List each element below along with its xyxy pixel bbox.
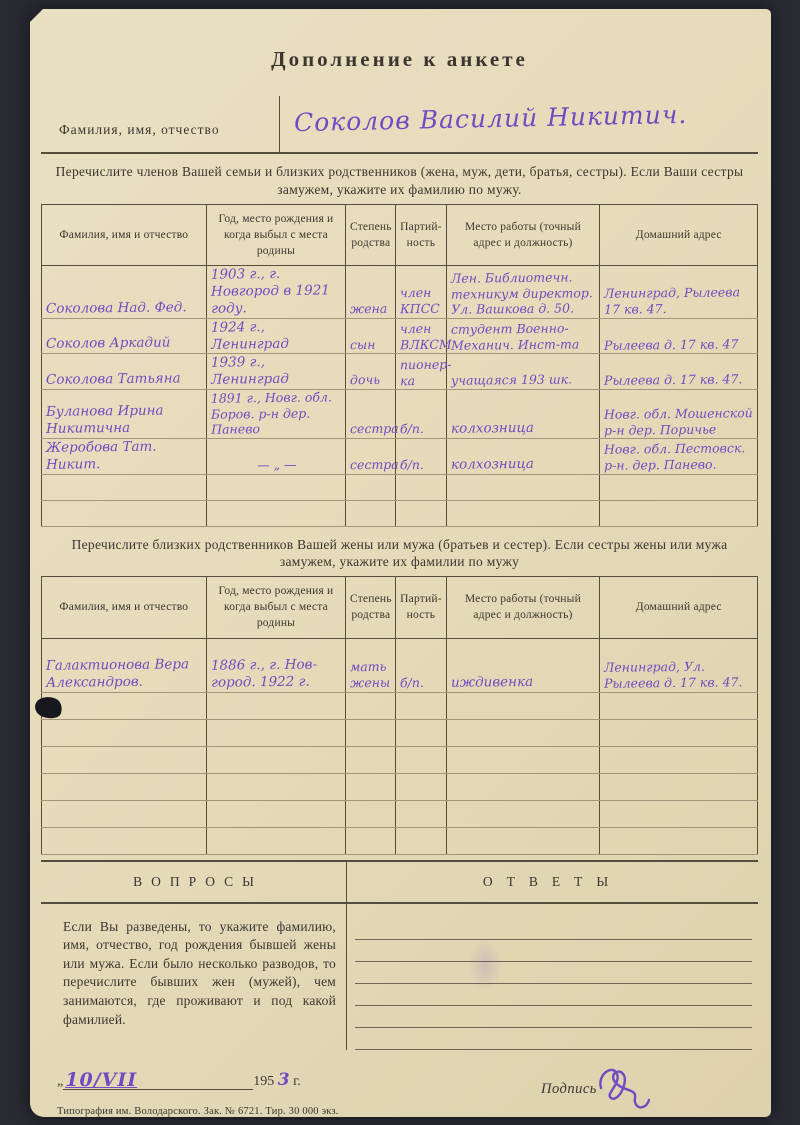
answer-lines-area bbox=[346, 904, 758, 1050]
answers-header: ОТВЕТЫ bbox=[346, 862, 758, 902]
cell-party: член ВЛКСМ bbox=[400, 321, 442, 353]
empty-table-row bbox=[42, 827, 758, 854]
family-table: Фамилия, имя и отчество Год, место рожде… bbox=[41, 204, 758, 527]
questions-header: ВОПРОСЫ bbox=[41, 874, 346, 890]
cell-relation: жена bbox=[350, 301, 392, 317]
cell-name: Соколов Аркадий bbox=[46, 335, 203, 354]
cell-year: 1939 г., Ленинград bbox=[210, 354, 342, 389]
col-header-birth: Год, место рождения и когда выбыл с мест… bbox=[206, 204, 346, 265]
col-header-work: Место работы (точный адрес и должность) bbox=[446, 577, 600, 638]
signature-block: Подпись bbox=[541, 1060, 683, 1120]
answer-line bbox=[355, 1028, 752, 1050]
name-field-value-box: Соколов Василий Никитич. bbox=[279, 96, 758, 152]
answer-line bbox=[355, 1006, 752, 1028]
cell-party: б/п. bbox=[400, 675, 442, 691]
inlaws-table-header-row: Фамилия, имя и отчество Год, место рожде… bbox=[42, 577, 758, 638]
paper-corner-clip bbox=[29, 8, 44, 23]
qa-body: Если Вы разведены, то укажите фамилию, и… bbox=[41, 904, 758, 1050]
cell-year: 1886 г., г. Нов- город. 1922 г. bbox=[210, 656, 342, 691]
answer-line bbox=[355, 940, 752, 962]
col-header-name: Фамилия, имя и отчество bbox=[42, 204, 207, 265]
cell-address: Новг. обл. Пестовск. р-н. дер. Панево. bbox=[604, 441, 754, 474]
name-field-row: Фамилия, имя, отчество Соколов Василий Н… bbox=[41, 96, 758, 154]
signature-label: Подпись bbox=[541, 1081, 597, 1098]
cell-year: 1891 г., Новг. обл. Боров. р-н дер. Пане… bbox=[210, 389, 342, 437]
form-page: Дополнение к анкете Фамилия, имя, отчест… bbox=[30, 9, 771, 1117]
handwritten-year-digit: 3 bbox=[278, 1070, 290, 1090]
cell-address: Рылеева д. 17 кв. 47. bbox=[604, 372, 754, 389]
table-row: Соколова Татьяна 1939 г., Ленинград дочь… bbox=[42, 354, 758, 390]
cell-work: иждивенка bbox=[450, 673, 596, 691]
cell-party: пионер- ка bbox=[400, 357, 442, 389]
cell-name: Соколова Татьяна bbox=[46, 370, 203, 389]
table-row: Галактионова Вера Александров. 1886 г., … bbox=[42, 638, 758, 692]
col-header-birth: Год, место рождения и когда выбыл с мест… bbox=[206, 577, 346, 638]
cell-year: 1924 г., Ленинград bbox=[210, 318, 342, 353]
cell-work: колхозница bbox=[450, 455, 596, 473]
handwritten-date: 10/VII bbox=[65, 1069, 137, 1091]
questions-answers-section: ВОПРОСЫ ОТВЕТЫ Если Вы разведены, то ука… bbox=[41, 860, 758, 1050]
cell-party: б/п. bbox=[400, 457, 442, 473]
answer-line bbox=[355, 962, 752, 984]
divorce-question-text: Если Вы разведены, то укажите фамилию, и… bbox=[41, 904, 346, 1050]
cell-name: Буланова Ирина Никитична bbox=[46, 402, 203, 437]
empty-table-row bbox=[42, 692, 758, 719]
inlaws-table: Фамилия, имя и отчество Год, место рожде… bbox=[41, 576, 758, 854]
printed-year-prefix: 195 bbox=[253, 1074, 274, 1089]
family-table-header-row: Фамилия, имя и отчество Год, место рожде… bbox=[42, 204, 758, 265]
empty-table-row bbox=[42, 719, 758, 746]
empty-table-row bbox=[42, 746, 758, 773]
cell-name: Соколова Над. Фед. bbox=[46, 299, 203, 318]
cell-relation: дочь bbox=[350, 372, 392, 388]
ink-stain bbox=[468, 939, 502, 991]
signoff-row: „10/VII195 3 г. Подпись bbox=[41, 1068, 758, 1102]
qa-header-row: ВОПРОСЫ ОТВЕТЫ bbox=[41, 862, 758, 904]
answer-line bbox=[355, 918, 752, 940]
table-row: Соколова Над. Фед. 1903 г., г. Новгород … bbox=[42, 265, 758, 318]
answer-line bbox=[355, 984, 752, 1006]
cell-work: колхозница bbox=[450, 419, 596, 437]
empty-table-row bbox=[42, 500, 758, 526]
cell-address: Ленинград, Ул. Рылеева д. 17 кв. 47. bbox=[604, 659, 754, 692]
col-header-address: Домашний адрес bbox=[600, 204, 758, 265]
empty-table-row bbox=[42, 474, 758, 500]
table-row: Жеробова Тат. Никит. — „ — сестра б/п. к… bbox=[42, 438, 758, 474]
cell-relation: сестра bbox=[350, 457, 392, 473]
cell-relation: мать жены bbox=[350, 659, 392, 691]
empty-table-row bbox=[42, 773, 758, 800]
name-field-handwritten-value: Соколов Василий Никитич. bbox=[294, 100, 688, 137]
cell-name: Жеробова Тат. Никит. bbox=[46, 438, 203, 473]
cell-name: Галактионова Вера Александров. bbox=[46, 656, 203, 691]
cell-address: Новг. обл. Мошенской р-н дер. Поричье bbox=[604, 405, 754, 438]
col-header-party: Партий- ность bbox=[396, 204, 446, 265]
name-field-label: Фамилия, имя, отчество bbox=[41, 122, 279, 152]
cell-work: учащаяся 193 шк. bbox=[450, 372, 596, 389]
table-row: Буланова Ирина Никитична 1891 г., Новг. … bbox=[42, 390, 758, 439]
cell-address: Рылеева д. 17 кв. 47 bbox=[604, 336, 754, 353]
cell-work: студент Военно-Механич. Инст-та bbox=[450, 320, 596, 353]
cell-party: член КПСС bbox=[400, 285, 442, 317]
inlaws-table-instruction: Перечислите близких родственников Вашей … bbox=[45, 536, 754, 572]
date-underline: 10/VII bbox=[63, 1068, 253, 1090]
form-title: Дополнение к анкете bbox=[41, 47, 758, 72]
col-header-relation: Степень родства bbox=[346, 577, 396, 638]
col-header-relation: Степень родства bbox=[346, 204, 396, 265]
cell-relation: сестра bbox=[350, 421, 392, 437]
cell-party: б/п. bbox=[400, 421, 442, 437]
empty-table-row bbox=[42, 800, 758, 827]
col-header-address: Домашний адрес bbox=[600, 577, 758, 638]
col-header-work: Место работы (точный адрес и должность) bbox=[446, 204, 600, 265]
cell-relation: сын bbox=[350, 336, 392, 352]
year-suffix: г. bbox=[293, 1074, 301, 1089]
table-row: Соколов Аркадий 1924 г., Ленинград сын ч… bbox=[42, 318, 758, 354]
col-header-party: Партий- ность bbox=[396, 577, 446, 638]
cell-work: Лен. Библиотечн. техникум директор. Ул. … bbox=[450, 269, 596, 317]
cell-year: 1903 г., г. Новгород в 1921 году. bbox=[210, 265, 342, 317]
cell-year: — „ — bbox=[211, 456, 343, 473]
col-header-name: Фамилия, имя и отчество bbox=[42, 577, 207, 638]
family-table-instruction: Перечислите членов Вашей семьи и близких… bbox=[45, 163, 754, 199]
signature-scribble bbox=[593, 1060, 683, 1120]
cell-address: Ленинград, Рылеева 17 кв. 47. bbox=[604, 284, 754, 317]
